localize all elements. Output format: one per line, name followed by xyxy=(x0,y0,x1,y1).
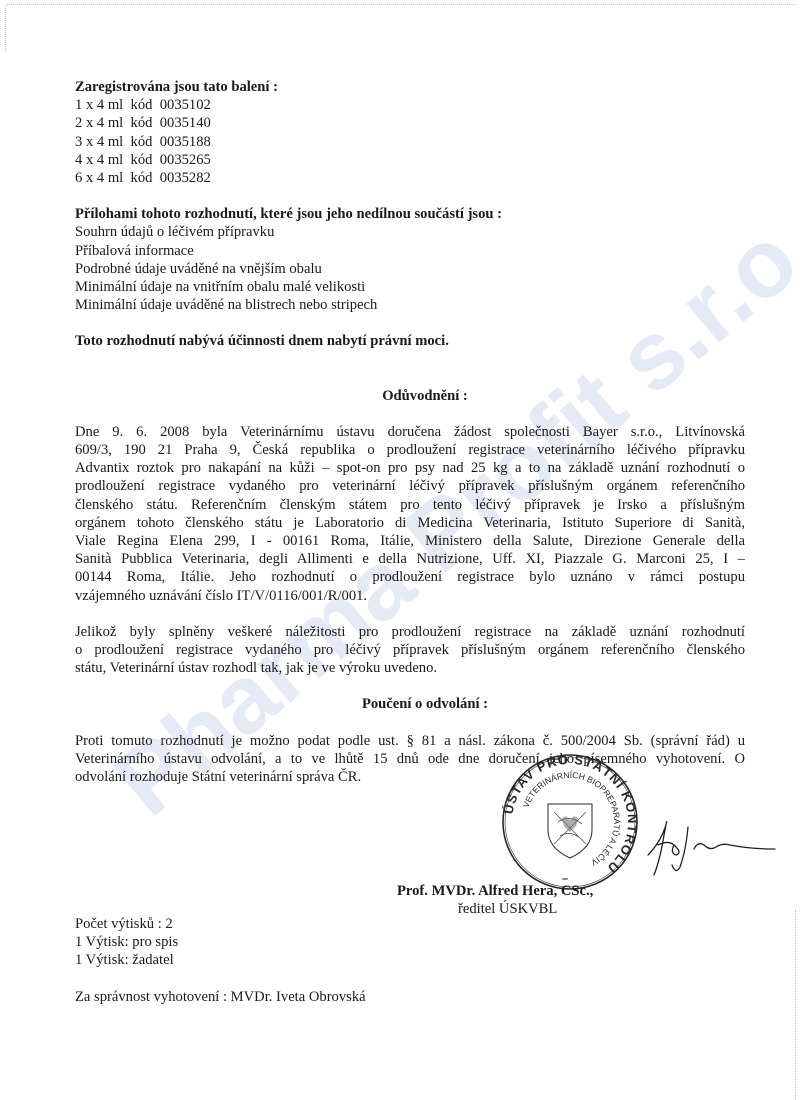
package-item: 3 x 4 ml kód 0035188 xyxy=(75,133,745,151)
text-line: Veterinárního ústavu odvolání, a to ve l… xyxy=(75,750,745,768)
justification-paragraph-1: Dne 9. 6. 2008 byla Veterinárnímu ústavu… xyxy=(75,423,745,605)
document-page: Zaregistrována jsou tato balení : 1 x 4 … xyxy=(75,78,745,786)
text-line: o prodloužení registrace vydaného pro lé… xyxy=(75,641,745,659)
attachments-list: Souhrn údajů o léčivém přípravkuPříbalov… xyxy=(75,223,745,314)
text-line: Jelikož byly splněny veškeré náležitosti… xyxy=(75,623,745,641)
attachment-item: Příbalová informace xyxy=(75,242,745,260)
signature xyxy=(640,805,780,880)
attachments-heading: Přílohami tohoto rozhodnutí, které jsou … xyxy=(75,205,745,223)
packages-heading: Zaregistrována jsou tato balení : xyxy=(75,78,745,96)
justification-heading: Odůvodnění : xyxy=(75,387,745,405)
text-line: vzájemného uznávání číslo IT/V/0116/001/… xyxy=(75,587,745,605)
attachment-item: Podrobné údaje uváděné na vnějším obalu xyxy=(75,260,745,278)
text-line: Viale Regina Elena 299, I - 00161 Roma, … xyxy=(75,532,745,550)
copy-item: 1 Výtisk: žadatel xyxy=(75,951,575,969)
scan-edge-right xyxy=(795,910,796,1100)
signatory-block: Prof. MVDr. Alfred Hera, CSc., ředitel Ú… xyxy=(397,882,697,918)
text-line: Advantix roztok pro nakapání na kůži – s… xyxy=(75,459,745,477)
packages-list: 1 x 4 ml kód 00351022 x 4 ml kód 0035140… xyxy=(75,96,745,187)
package-item: 6 x 4 ml kód 0035282 xyxy=(75,169,745,187)
copies-count: Počet výtisků : 2 xyxy=(75,915,575,933)
text-line: Dne 9. 6. 2008 byla Veterinárnímu ústavu… xyxy=(75,423,745,441)
appeal-heading: Poučení o odvolání : xyxy=(75,695,745,713)
effect-statement: Toto rozhodnutí nabývá účinnosti dnem na… xyxy=(75,332,745,350)
scan-edge-top xyxy=(6,4,796,5)
text-line: Proti tomuto rozhodnutí je možno podat p… xyxy=(75,732,745,750)
package-item: 1 x 4 ml kód 0035102 xyxy=(75,96,745,114)
text-line: prodloužení registrace vydaného pro vete… xyxy=(75,477,745,495)
text-line: členského státu. Referenčním členským st… xyxy=(75,496,745,514)
attachment-item: Minimální údaje uváděné na blistrech neb… xyxy=(75,296,745,314)
copies-list: 1 Výtisk: pro spis1 Výtisk: žadatel xyxy=(75,933,575,969)
package-item: 2 x 4 ml kód 0035140 xyxy=(75,114,745,132)
text-line: 00144 Roma, Itálie. Jeho rozhodnutí o pr… xyxy=(75,568,745,586)
text-line: orgánem tohoto členského státu je Labora… xyxy=(75,514,745,532)
appeal-paragraph: Proti tomuto rozhodnutí je možno podat p… xyxy=(75,732,745,787)
text-line: státu, Veterinární ústav rozhodl tak, ja… xyxy=(75,659,745,677)
attachment-item: Souhrn údajů o léčivém přípravku xyxy=(75,223,745,241)
package-item: 4 x 4 ml kód 0035265 xyxy=(75,151,745,169)
scan-edge-left xyxy=(5,6,6,51)
signatory-name: Prof. MVDr. Alfred Hera, CSc., xyxy=(397,882,697,900)
official-stamp: ÚSTAV PRO STÁTNÍ KONTROLU VETERINÁRNÍCH … xyxy=(500,752,640,892)
copies-block: Počet výtisků : 2 1 Výtisk: pro spis1 Vý… xyxy=(75,915,575,1006)
attachment-item: Minimální údaje na vnitřním obalu malé v… xyxy=(75,278,745,296)
text-line: 609/3, 190 21 Praha 9, Česká republika o… xyxy=(75,441,745,459)
text-line: odvolání rozhoduje Státní veterinární sp… xyxy=(75,768,745,786)
justification-paragraph-2: Jelikož byly splněny veškeré náležitosti… xyxy=(75,623,745,678)
prepared-by: Za správnost vyhotovení : MVDr. Iveta Ob… xyxy=(75,988,575,1006)
text-line: Sanità Pubblica Veterinaria, degli Allim… xyxy=(75,550,745,568)
copy-item: 1 Výtisk: pro spis xyxy=(75,933,575,951)
